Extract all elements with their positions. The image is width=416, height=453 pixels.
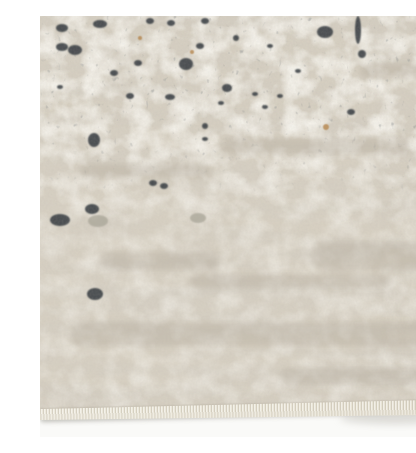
- rug-product-photo: [40, 16, 416, 437]
- rug-pile-texture: [40, 16, 416, 437]
